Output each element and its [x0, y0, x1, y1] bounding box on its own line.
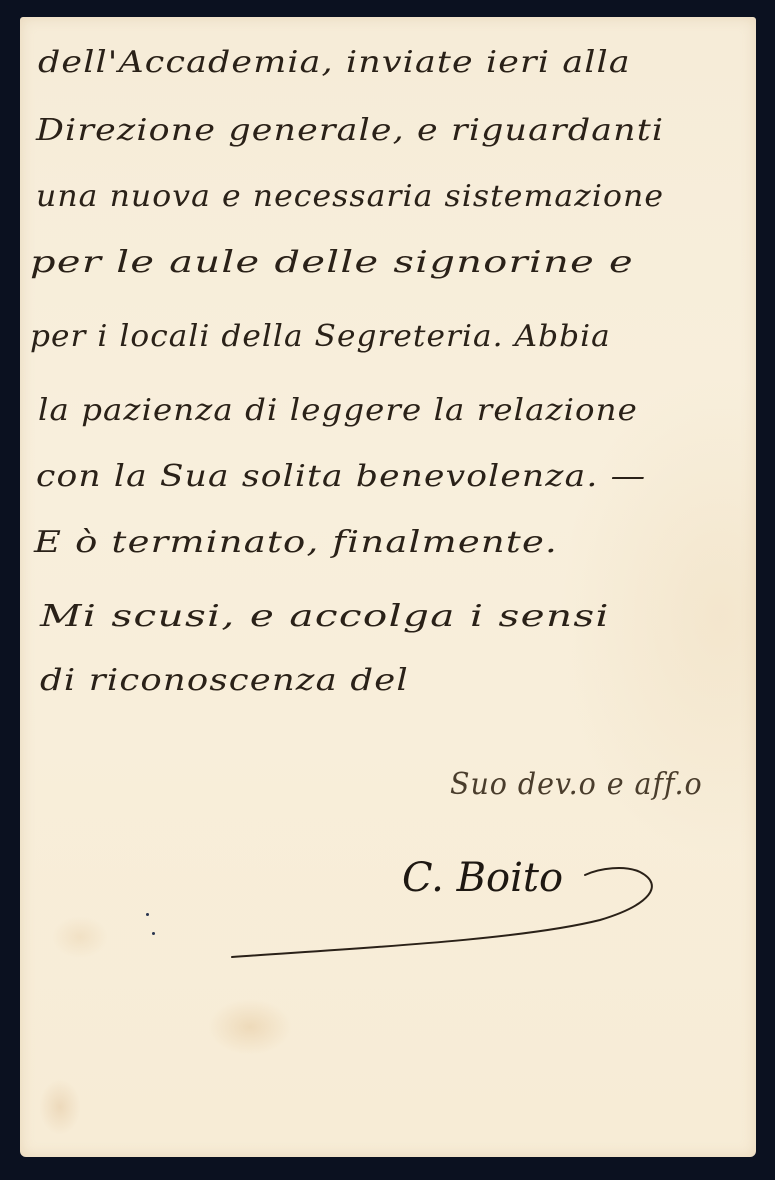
letter-line-7: con la Sua solita benevolenza. —	[36, 462, 646, 492]
letter-line-8: E ò terminato, finalmente.	[34, 528, 558, 558]
letter-line-5: per i locali della Segreteria. Abbia	[30, 322, 611, 352]
letter-signature: C. Boito	[402, 858, 563, 898]
letter-line-2: Direzione generale, e riguardanti	[36, 116, 664, 146]
letter-line-3: una nuova e necessaria sistemazione	[36, 182, 664, 212]
ink-speck	[152, 932, 155, 935]
letter-line-4: per le aule delle signorine e	[30, 248, 634, 278]
letter-line-10: di riconoscenza del	[40, 666, 409, 696]
letter-closing: Suo dev.o e aff.o	[450, 770, 703, 800]
letter-line-9: Mi scusi, e accolga i sensi	[40, 602, 610, 632]
letter-line-1: dell'Accademia, inviate ieri alla	[38, 48, 631, 78]
letter-line-6: la pazienza di leggere la relazione	[38, 396, 638, 426]
ink-speck	[146, 913, 149, 916]
